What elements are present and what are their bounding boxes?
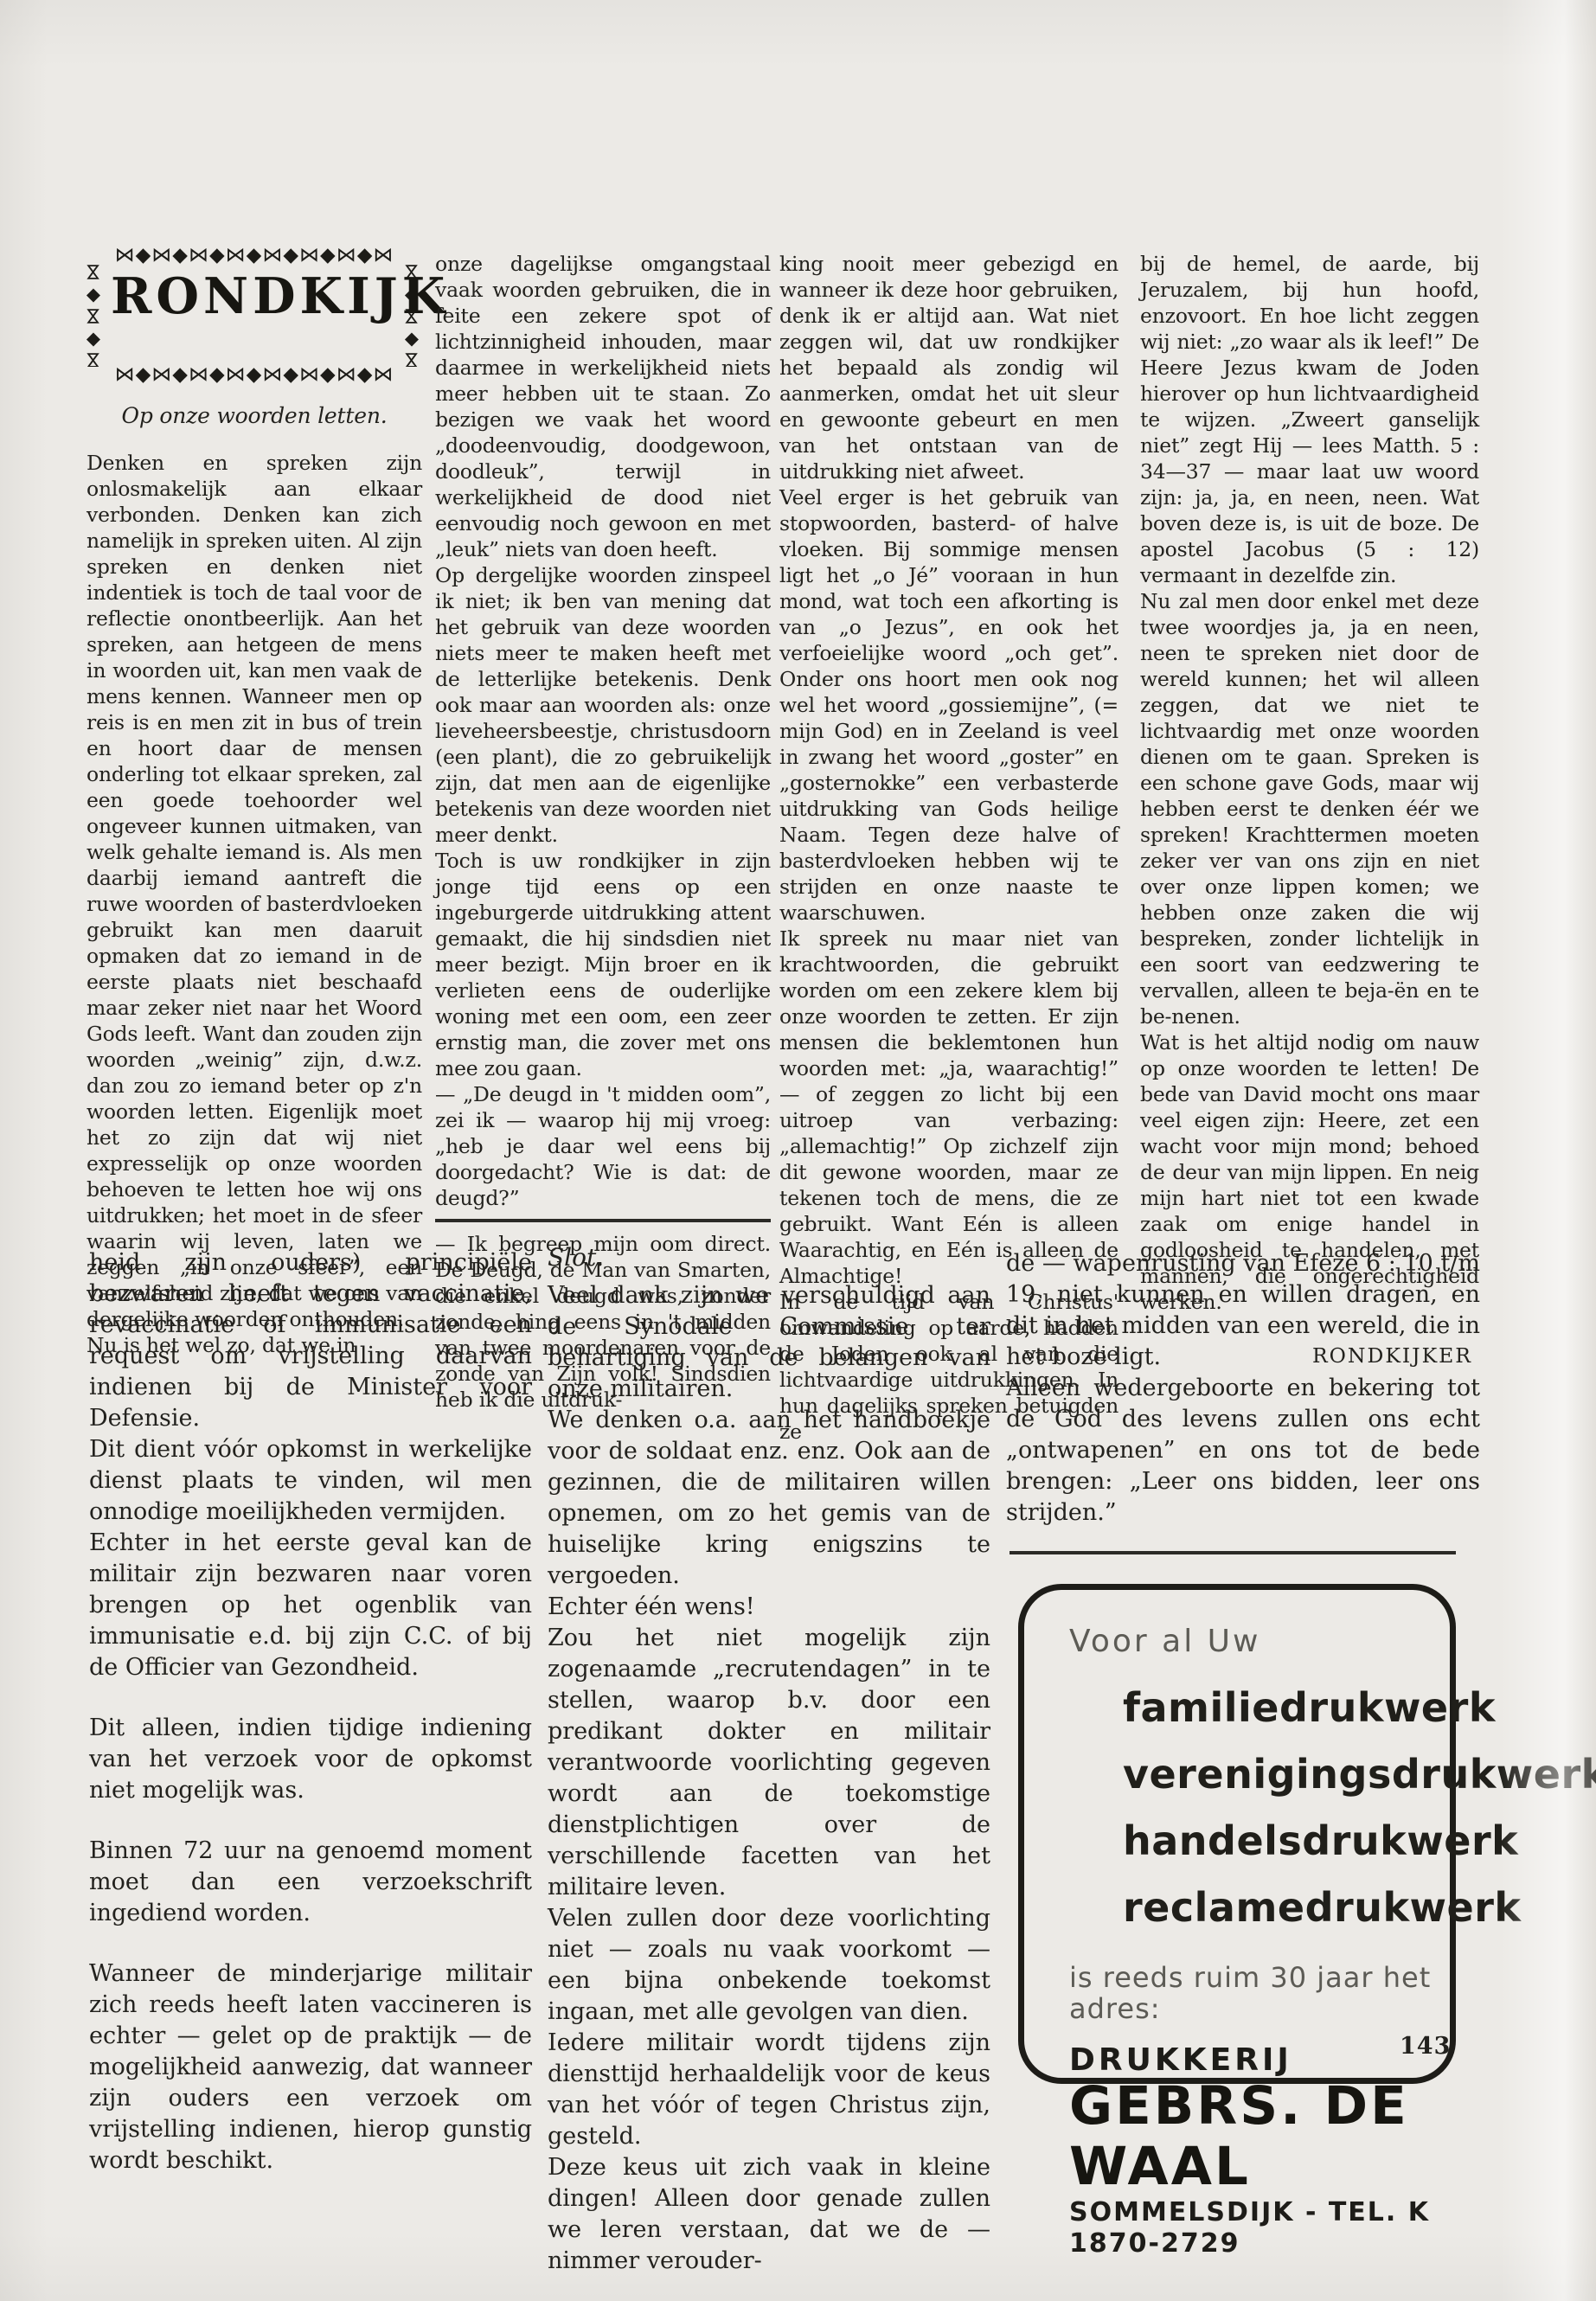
paragraph: Velen zullen door deze voorlichting niet… (548, 1903, 990, 2028)
masthead-title: RONDKIJK (111, 284, 398, 310)
paragraph: We denken o.a. aan het handboekje voor d… (548, 1405, 990, 1592)
print-ad: Voor al Uw familiedrukwerkverenigingsdru… (1018, 1584, 1456, 2084)
paragraph: Ik spreek nu maar niet van krachtwoorden… (779, 926, 1118, 1289)
paragraph: bij de hemel, de aarde, bij Jeruzalem, b… (1140, 251, 1479, 588)
bottom-column-3-text: de — wapenrusting van Efeze 6 : 10 t/m 1… (1006, 1248, 1480, 1529)
paragraph: familiedrukwerk (1123, 1675, 1441, 1741)
paragraph: Nu zal men door enkel met deze twee woor… (1140, 588, 1479, 1029)
article-column-1: ⋈◆⋈◆⋈◆⋈◆⋈◆⋈◆⋈◆⋈ ⋈◆⋈◆⋈◆⋈◆⋈◆⋈◆⋈◆⋈ ⋈◆⋈◆⋈ ⋈◆… (87, 249, 422, 1358)
paragraph: Dit alleen, indien tijdige indiening van… (89, 1713, 532, 1806)
article-column-4: bij de hemel, de aarde, bij Jeruzalem, b… (1140, 251, 1479, 1368)
paragraph: Binnen 72 uur na genoemd moment moet dan… (89, 1836, 532, 1929)
paragraph: Zou het niet mogelijk zijn zogenaamde „r… (548, 1623, 990, 1903)
rondkijk-masthead: ⋈◆⋈◆⋈◆⋈◆⋈◆⋈◆⋈◆⋈ ⋈◆⋈◆⋈◆⋈◆⋈◆⋈◆⋈◆⋈ ⋈◆⋈◆⋈ ⋈◆… (87, 249, 422, 381)
paragraph: Echter in het eerste geval kan de milita… (89, 1528, 532, 1683)
paragraph: Dit dient vóór opkomst in werkelijke die… (89, 1434, 532, 1528)
bottom-column-3: de — wapenrusting van Efeze 6 : 10 t/m 1… (1006, 1248, 1480, 2084)
paragraph: Denken en spreken zijn onlosmakelijk aan… (87, 450, 422, 1332)
paragraph: — „De deugd in 't midden oom”, zei ik — … (435, 1081, 771, 1211)
page-number: 143 (1400, 2033, 1451, 2060)
section-heading: Slot. (548, 1242, 990, 1273)
paragraph: heid zijn ouders) principiële bezwaren h… (89, 1247, 532, 1434)
ad-service-list: familiedrukwerkverenigingsdrukwerkhandel… (1123, 1675, 1441, 1941)
ad-company-name: GEBRS. DE WAAL (1069, 2076, 1441, 2197)
paragraph: verenigingsdrukwerk (1123, 1741, 1441, 1808)
paragraph: Alleen wedergeboorte en bekering tot de … (1006, 1373, 1480, 1529)
ad-company-type: DRUKKERIJ (1069, 2045, 1441, 2076)
paragraph: reclamedrukwerk (1123, 1875, 1441, 1941)
paragraph: king nooit meer gebezigd en wanneer ik d… (779, 251, 1118, 484)
paragraph: Iedere militair wordt tijdens zijn diens… (548, 2028, 990, 2152)
article-subtitle: Op onze woorden letten. (87, 403, 422, 429)
closing-rule (1010, 1551, 1456, 1554)
paragraph: Toch is uw rondkijker in zijn jonge tijd… (435, 848, 771, 1081)
fleuron-ornament-bottom-icon: ⋈◆⋈◆⋈◆⋈◆⋈◆⋈◆⋈◆⋈ (87, 363, 422, 386)
paragraph: onze dagelijkse omgangstaal vaak woorden… (435, 251, 771, 562)
ad-tagline: is reeds ruim 30 jaar het adres: (1069, 1962, 1441, 2024)
ad-intro: Voor al Uw (1069, 1626, 1441, 1657)
column-divider-rule (435, 1219, 771, 1222)
paragraph: Veel erger is het gebruik van stopwoorde… (779, 484, 1118, 926)
bottom-column-1: heid zijn ouders) principiële bezwaren h… (89, 1247, 532, 2176)
column-1-text: Denken en spreken zijn onlosmakelijk aan… (87, 450, 422, 1358)
article-column-2: onze dagelijkse omgangstaal vaak woorden… (435, 251, 771, 1413)
bottom-column-2: Slot.Veel dank zijn we verschuldigd aan … (548, 1242, 990, 2277)
paragraph: Wanneer de minderjarige militair zich re… (89, 1958, 532, 2176)
paragraph: handelsdrukwerk (1123, 1808, 1441, 1875)
fleuron-ornament-left-icon: ⋈◆⋈◆⋈ (84, 263, 106, 367)
paragraph: Op dergelijke woorden zinspeel ik niet; … (435, 562, 771, 848)
paragraph: Veel dank zijn we verschuldigd aan de Sy… (548, 1280, 990, 1405)
paragraph: de — wapenrusting van Efeze 6 : 10 t/m 1… (1006, 1248, 1480, 1373)
paragraph: Echter één wens! (548, 1592, 990, 1623)
paragraph: Deze keus uit zich vaak in kleine dingen… (548, 2152, 990, 2277)
ad-address: SOMMELSDIJK - TEL. K 1870-2729 (1069, 2197, 1441, 2259)
fleuron-ornament-top-icon: ⋈◆⋈◆⋈◆⋈◆⋈◆⋈◆⋈◆⋈ (87, 244, 422, 266)
